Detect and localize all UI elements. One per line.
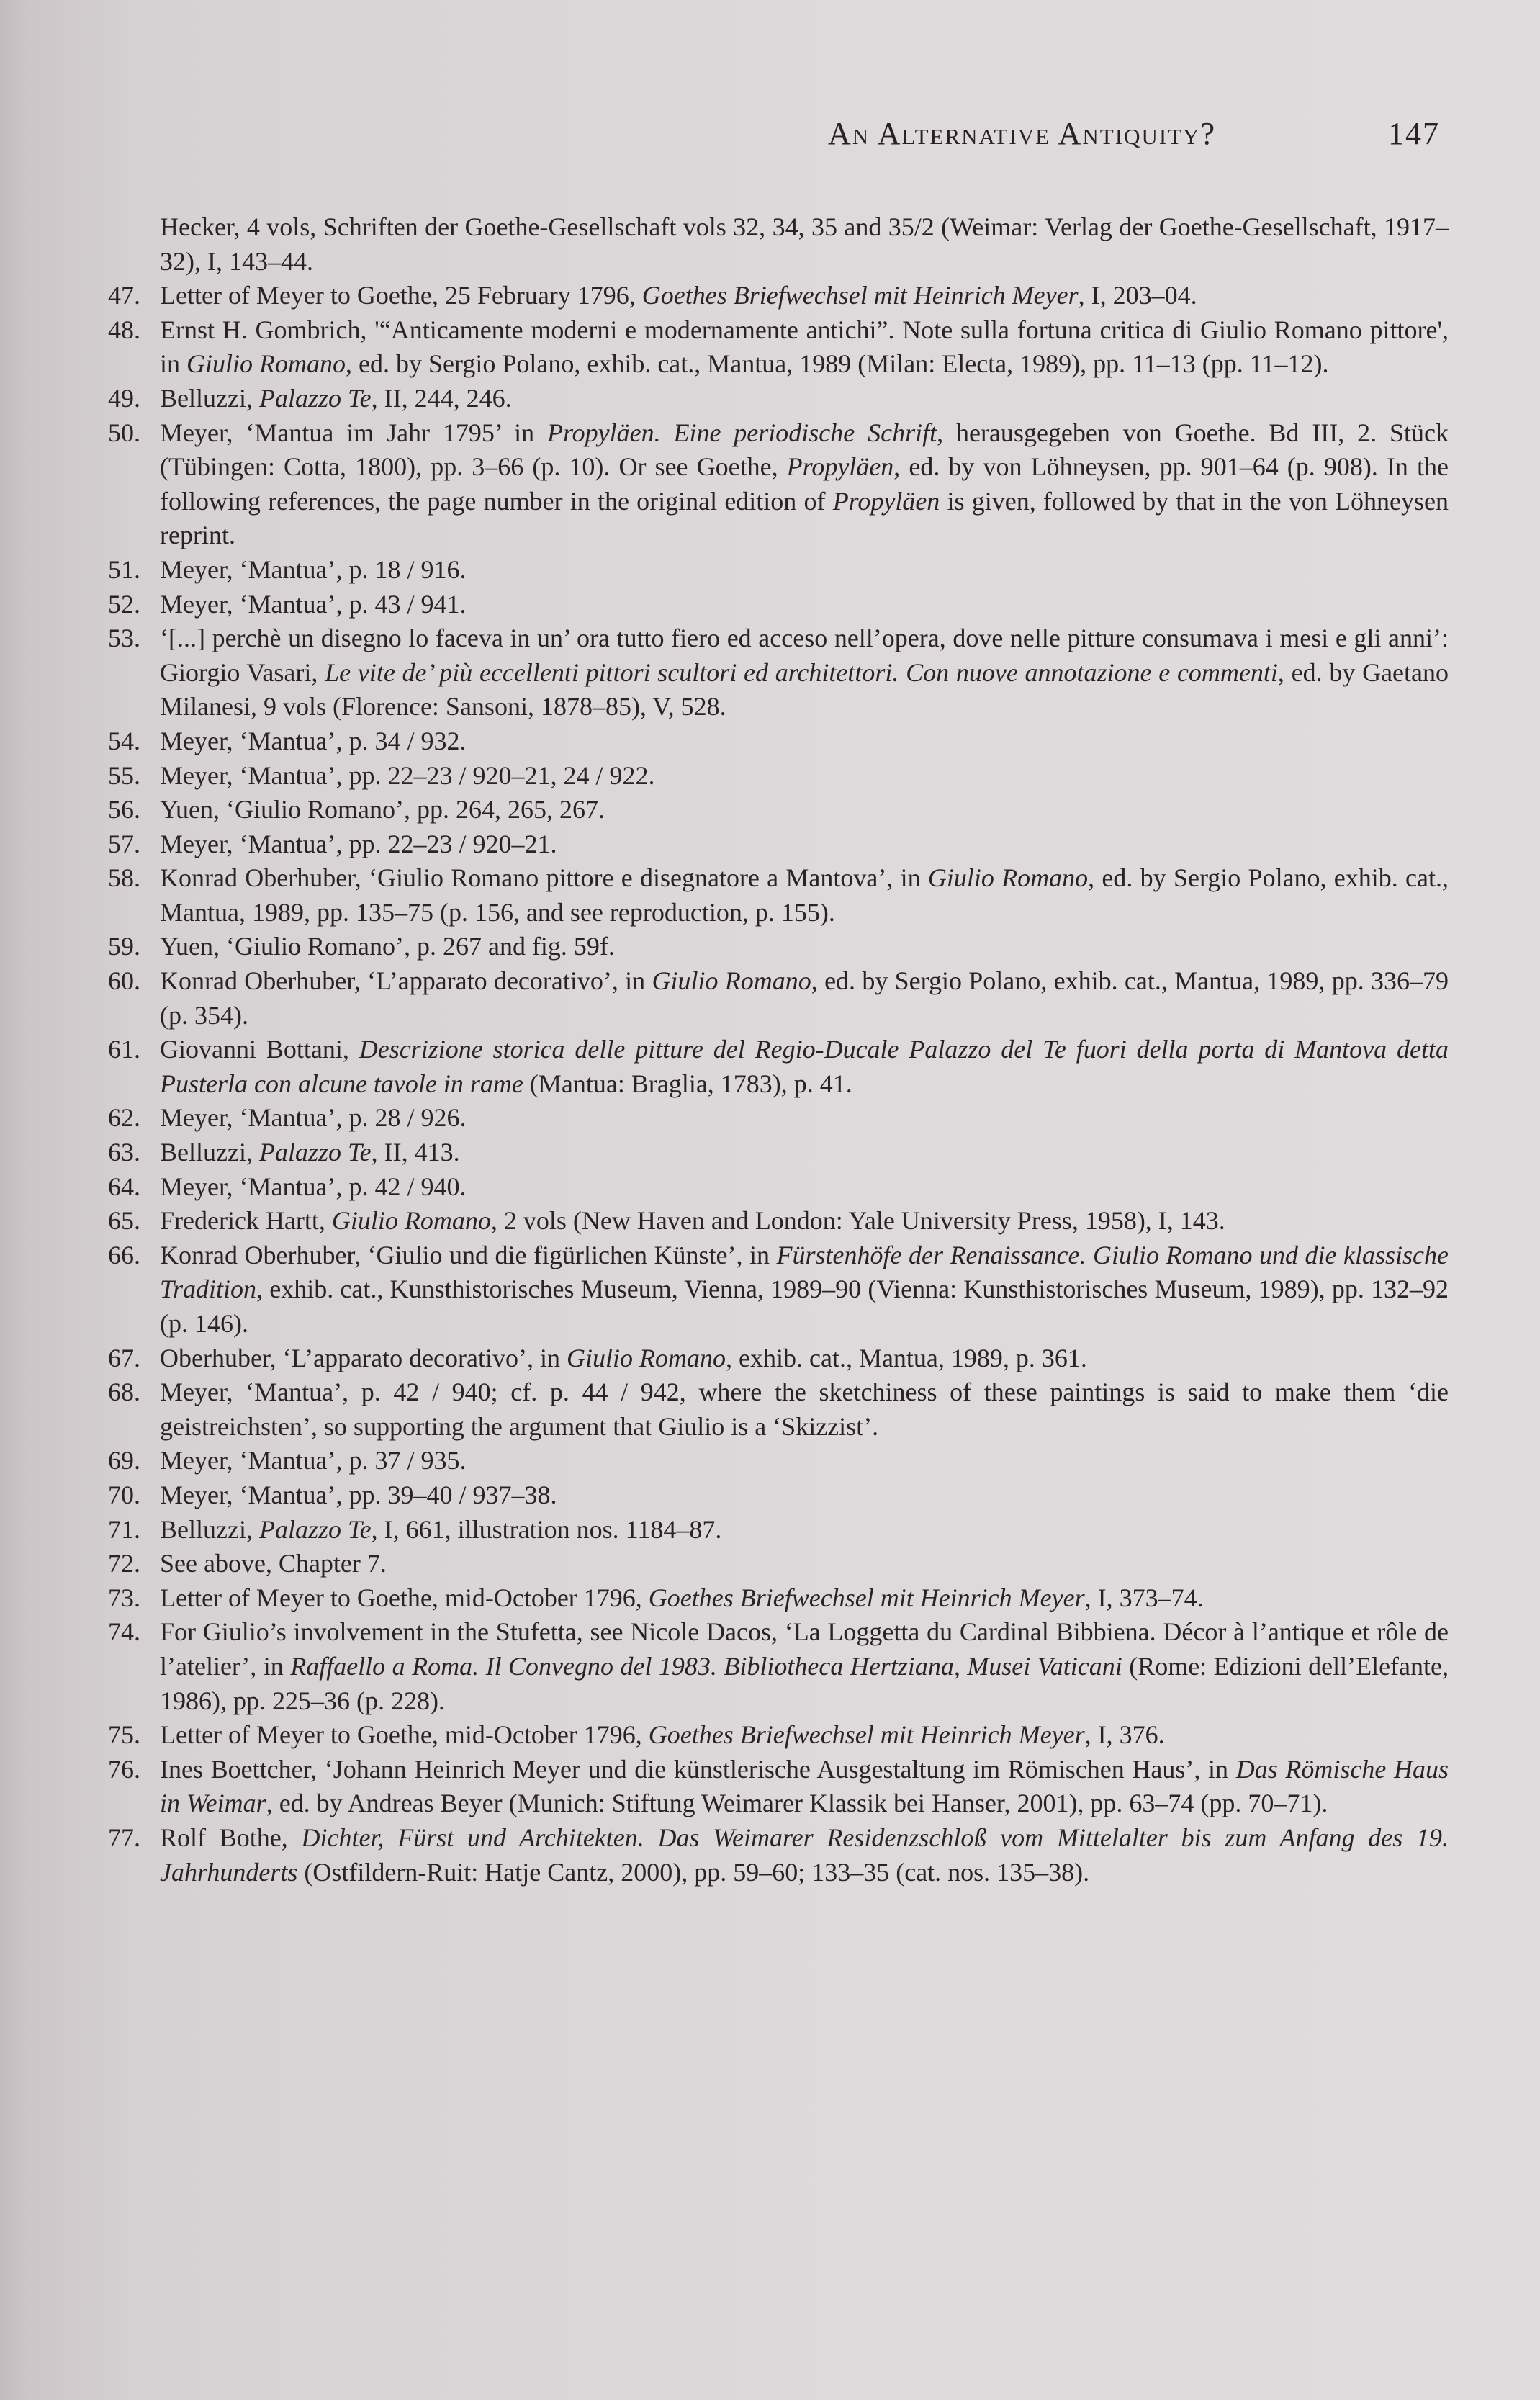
- endnote-number: 48.: [108, 313, 156, 348]
- endnote-51: 51. Meyer, ‘Mantua’, p. 18 / 916.: [108, 553, 1449, 588]
- text-segment: Meyer, ‘Mantua’, p. 42 / 940; cf. p. 44 …: [160, 1377, 1449, 1441]
- text-segment: See above, Chapter 7.: [160, 1549, 387, 1578]
- endnote-text: Konrad Oberhuber, ‘L’apparato decorativo…: [160, 966, 1449, 1030]
- text-segment: , exhib. cat., Mantua, 1989, p. 361.: [726, 1344, 1087, 1372]
- endnote-47: 47. Letter of Meyer to Goethe, 25 Februa…: [108, 279, 1449, 313]
- text-segment: Giovanni Bottani,: [160, 1035, 359, 1064]
- text-segment: Konrad Oberhuber, ‘Giulio und die figürl…: [160, 1241, 777, 1269]
- text-segment: Belluzzi,: [160, 1515, 259, 1544]
- text-segment: , 2 vols (New Haven and London: Yale Uni…: [491, 1206, 1225, 1235]
- endnote-text: Belluzzi, Palazzo Te, II, 244, 246.: [160, 384, 512, 413]
- endnote-number: 67.: [108, 1341, 156, 1376]
- endnote-text: Meyer, ‘Mantua’, p. 42 / 940; cf. p. 44 …: [160, 1377, 1449, 1441]
- endnote-76: 76. Ines Boettcher, ‘Johann Heinrich Mey…: [108, 1753, 1449, 1821]
- endnote-66: 66. Konrad Oberhuber, ‘Giulio und die fi…: [108, 1239, 1449, 1341]
- endnote-number: 52.: [108, 588, 156, 622]
- text-segment: Ines Boettcher, ‘Johann Heinrich Meyer u…: [160, 1755, 1236, 1784]
- endnote-text: For Giulio’s involvement in the Stufetta…: [160, 1617, 1449, 1714]
- endnote-number: 65.: [108, 1204, 156, 1239]
- text-segment: , exhib. cat., Kunsthistorisches Museum,…: [160, 1275, 1449, 1338]
- endnote-text: Meyer, ‘Mantua’, pp. 39–40 / 937–38.: [160, 1480, 557, 1509]
- endnote-text: Oberhuber, ‘L’apparato decorativo’, in G…: [160, 1344, 1087, 1372]
- text-segment: Meyer, ‘Mantua’, p. 42 / 940.: [160, 1172, 466, 1201]
- endnote-number: 75.: [108, 1718, 156, 1753]
- title-italic: Goethes Briefwechsel mit Heinrich Meyer: [649, 1583, 1085, 1612]
- endnote-text: Meyer, ‘Mantua’, p. 42 / 940.: [160, 1172, 466, 1201]
- endnote-number: 66.: [108, 1239, 156, 1273]
- endnote-54: 54. Meyer, ‘Mantua’, p. 34 / 932.: [108, 724, 1449, 759]
- endnote-text: Rolf Bothe, Dichter, Fürst und Architekt…: [160, 1823, 1449, 1887]
- endnote-69: 69. Meyer, ‘Mantua’, p. 37 / 935.: [108, 1444, 1449, 1478]
- endnote-number: 60.: [108, 964, 156, 999]
- endnote-text: Meyer, ‘Mantua’, p. 43 / 941.: [160, 590, 466, 619]
- endnote-56: 56. Yuen, ‘Giulio Romano’, pp. 264, 265,…: [108, 793, 1449, 827]
- endnote-text: Hecker, 4 vols, Schriften der Goethe-Ges…: [160, 212, 1449, 276]
- text-segment: Meyer, ‘Mantua’, p. 28 / 926.: [160, 1103, 466, 1132]
- endnote-continuation: Hecker, 4 vols, Schriften der Goethe-Ges…: [108, 210, 1449, 279]
- endnote-text: Ines Boettcher, ‘Johann Heinrich Meyer u…: [160, 1755, 1449, 1818]
- endnote-68: 68. Meyer, ‘Mantua’, p. 42 / 940; cf. p.…: [108, 1375, 1449, 1444]
- endnote-text: Letter of Meyer to Goethe, mid-October 1…: [160, 1583, 1204, 1612]
- text-segment: Meyer, ‘Mantua’, pp. 39–40 / 937–38.: [160, 1480, 557, 1509]
- endnote-text: Frederick Hartt, Giulio Romano, 2 vols (…: [160, 1206, 1225, 1235]
- text-segment: , ed. by Sergio Polano, exhib. cat., Man…: [346, 349, 1328, 378]
- endnote-62: 62. Meyer, ‘Mantua’, p. 28 / 926.: [108, 1101, 1449, 1136]
- endnote-number: 77.: [108, 1821, 156, 1856]
- endnote-text: Letter of Meyer to Goethe, mid-October 1…: [160, 1720, 1165, 1749]
- text-segment: Konrad Oberhuber, ‘Giulio Romano pittore…: [160, 863, 928, 892]
- title-italic: Palazzo Te: [259, 384, 372, 413]
- endnote-49: 49. Belluzzi, Palazzo Te, II, 244, 246.: [108, 382, 1449, 416]
- endnote-number: 58.: [108, 861, 156, 896]
- title-italic: Propyläen. Eine periodische Schrift: [547, 418, 937, 447]
- text-segment: , ed. by Andreas Beyer (Munich: Stiftung…: [266, 1789, 1328, 1817]
- text-segment: Letter of Meyer to Goethe, 25 February 1…: [160, 281, 642, 310]
- endnote-number: 62.: [108, 1101, 156, 1136]
- endnote-70: 70. Meyer, ‘Mantua’, pp. 39–40 / 937–38.: [108, 1478, 1449, 1513]
- endnote-number: 53.: [108, 621, 156, 656]
- text-segment: Meyer, ‘Mantua’, pp. 22–23 / 920–21, 24 …: [160, 761, 654, 790]
- endnote-64: 64. Meyer, ‘Mantua’, p. 42 / 940.: [108, 1170, 1449, 1205]
- endnote-text: Meyer, ‘Mantua im Jahr 1795’ in Propyläe…: [160, 418, 1449, 550]
- endnote-67: 67. Oberhuber, ‘L’apparato decorativo’, …: [108, 1341, 1449, 1376]
- endnote-71: 71. Belluzzi, Palazzo Te, I, 661, illust…: [108, 1513, 1449, 1547]
- endnote-59: 59. Yuen, ‘Giulio Romano’, p. 267 and fi…: [108, 930, 1449, 964]
- text-segment: Meyer, ‘Mantua im Jahr 1795’ in: [160, 418, 547, 447]
- title-italic: Propyläen: [787, 452, 894, 481]
- endnote-text: Konrad Oberhuber, ‘Giulio und die figürl…: [160, 1241, 1449, 1338]
- endnote-text: See above, Chapter 7.: [160, 1549, 387, 1578]
- endnote-60: 60. Konrad Oberhuber, ‘L’apparato decora…: [108, 964, 1449, 1033]
- text-segment: , I, 373–74.: [1085, 1583, 1204, 1612]
- endnote-number: 61.: [108, 1033, 156, 1067]
- text-segment: Yuen, ‘Giulio Romano’, p. 267 and fig. 5…: [160, 932, 615, 961]
- endnote-text: Belluzzi, Palazzo Te, I, 661, illustrati…: [160, 1515, 721, 1544]
- endnote-text: Meyer, ‘Mantua’, p. 28 / 926.: [160, 1103, 466, 1132]
- endnote-73: 73. Letter of Meyer to Goethe, mid-Octob…: [108, 1581, 1449, 1616]
- endnote-number: 57.: [108, 827, 156, 862]
- endnote-text: Belluzzi, Palazzo Te, II, 413.: [160, 1138, 460, 1167]
- endnote-63: 63. Belluzzi, Palazzo Te, II, 413.: [108, 1136, 1449, 1170]
- endnote-number: 72.: [108, 1547, 156, 1581]
- text-segment: (Ostfildern-Ruit: Hatje Cantz, 2000), pp…: [297, 1858, 1089, 1887]
- running-head-title: An Alternative Antiquity?: [828, 115, 1216, 152]
- endnote-65: 65. Frederick Hartt, Giulio Romano, 2 vo…: [108, 1204, 1449, 1239]
- text-segment: Belluzzi,: [160, 384, 259, 413]
- endnote-number: 50.: [108, 416, 156, 451]
- endnote-text: Ernst H. Gombrich, '“Anticamente moderni…: [160, 315, 1449, 379]
- title-italic: Giulio Romano: [567, 1344, 726, 1372]
- endnote-number: 54.: [108, 724, 156, 759]
- endnote-number: 47.: [108, 279, 156, 313]
- running-head: An Alternative Antiquity? 147: [821, 108, 1447, 158]
- endnote-50: 50. Meyer, ‘Mantua im Jahr 1795’ in Prop…: [108, 416, 1449, 553]
- endnote-72: 72. See above, Chapter 7.: [108, 1547, 1449, 1581]
- text-segment: Meyer, ‘Mantua’, p. 37 / 935.: [160, 1446, 466, 1475]
- endnote-58: 58. Konrad Oberhuber, ‘Giulio Romano pit…: [108, 861, 1449, 930]
- endnotes-list: Hecker, 4 vols, Schriften der Goethe-Ges…: [108, 210, 1449, 1889]
- endnote-text: Meyer, ‘Mantua’, pp. 22–23 / 920–21.: [160, 830, 557, 858]
- endnote-text: ‘[...] perchè un disegno lo faceva in un…: [160, 624, 1449, 721]
- endnote-number: 76.: [108, 1753, 156, 1787]
- endnote-number: 64.: [108, 1170, 156, 1205]
- endnote-74: 74. For Giulio’s involvement in the Stuf…: [108, 1615, 1449, 1718]
- endnote-text: Giovanni Bottani, Descrizione storica de…: [160, 1035, 1449, 1098]
- text-segment: , I, 661, illustration nos. 1184–87.: [372, 1515, 722, 1544]
- endnote-text: Meyer, ‘Mantua’, p. 34 / 932.: [160, 727, 466, 755]
- text-segment: Konrad Oberhuber, ‘L’apparato decorativo…: [160, 966, 652, 995]
- title-italic: Goethes Briefwechsel mit Heinrich Meyer: [649, 1720, 1085, 1749]
- text-segment: Meyer, ‘Mantua’, pp. 22–23 / 920–21.: [160, 830, 557, 858]
- title-italic: Giulio Romano: [928, 863, 1088, 892]
- text-segment: Belluzzi,: [160, 1138, 259, 1167]
- title-italic: Le vite de’ più eccellenti pittori scult…: [325, 658, 1278, 687]
- page-number: 147: [1388, 115, 1440, 152]
- title-italic: Giulio Romano: [652, 966, 811, 995]
- text-segment: Yuen, ‘Giulio Romano’, pp. 264, 265, 267…: [160, 795, 605, 824]
- title-italic: Raffaello a Roma. Il Convegno del 1983. …: [290, 1652, 1122, 1681]
- endnote-number: 51.: [108, 553, 156, 588]
- text-segment: (Mantua: Braglia, 1783), p. 41.: [523, 1069, 852, 1098]
- text-segment: Rolf Bothe,: [160, 1823, 302, 1852]
- title-italic: Giulio Romano: [332, 1206, 491, 1235]
- text-segment: , II, 413.: [372, 1138, 460, 1167]
- endnote-text: Meyer, ‘Mantua’, p. 18 / 916.: [160, 555, 466, 584]
- title-italic: Propyläen: [833, 487, 940, 516]
- endnote-57: 57. Meyer, ‘Mantua’, pp. 22–23 / 920–21.: [108, 827, 1449, 862]
- endnote-number: 68.: [108, 1375, 156, 1410]
- endnote-number: 63.: [108, 1136, 156, 1170]
- text-segment: , I, 203–04.: [1079, 281, 1197, 310]
- endnote-77: 77. Rolf Bothe, Dichter, Fürst und Archi…: [108, 1821, 1449, 1889]
- endnote-text: Meyer, ‘Mantua’, p. 37 / 935.: [160, 1446, 466, 1475]
- title-italic: Giulio Romano: [186, 349, 346, 378]
- endnote-75: 75. Letter of Meyer to Goethe, mid-Octob…: [108, 1718, 1449, 1753]
- endnote-number: 59.: [108, 930, 156, 964]
- endnote-number: 69.: [108, 1444, 156, 1478]
- text-segment: , II, 244, 246.: [372, 384, 512, 413]
- endnote-52: 52. Meyer, ‘Mantua’, p. 43 / 941.: [108, 588, 1449, 622]
- text-segment: Meyer, ‘Mantua’, p. 18 / 916.: [160, 555, 466, 584]
- text-segment: Frederick Hartt,: [160, 1206, 332, 1235]
- endnote-53: 53. ‘[...] perchè un disegno lo faceva i…: [108, 621, 1449, 724]
- text-segment: Letter of Meyer to Goethe, mid-October 1…: [160, 1583, 649, 1612]
- text-segment: Meyer, ‘Mantua’, p. 34 / 932.: [160, 727, 466, 755]
- text-segment: Letter of Meyer to Goethe, mid-October 1…: [160, 1720, 649, 1749]
- text-segment: Oberhuber, ‘L’apparato decorativo’, in: [160, 1344, 567, 1372]
- text-segment: , I, 376.: [1085, 1720, 1165, 1749]
- endnote-55: 55. Meyer, ‘Mantua’, pp. 22–23 / 920–21,…: [108, 759, 1449, 794]
- endnote-number: 71.: [108, 1513, 156, 1547]
- title-italic: Palazzo Te: [259, 1515, 372, 1544]
- endnote-number: 73.: [108, 1581, 156, 1616]
- endnote-text: Yuen, ‘Giulio Romano’, pp. 264, 265, 267…: [160, 795, 605, 824]
- endnote-48: 48. Ernst H. Gombrich, '“Anticamente mod…: [108, 313, 1449, 382]
- endnote-number: 74.: [108, 1615, 156, 1650]
- text-segment: Hecker, 4 vols, Schriften der Goethe-Ges…: [160, 212, 1449, 276]
- endnote-text: Letter of Meyer to Goethe, 25 February 1…: [160, 281, 1197, 310]
- title-italic: Palazzo Te: [259, 1138, 372, 1167]
- text-segment: Meyer, ‘Mantua’, p. 43 / 941.: [160, 590, 466, 619]
- endnote-number: 70.: [108, 1478, 156, 1513]
- endnote-number: 56.: [108, 793, 156, 827]
- endnote-number: 55.: [108, 759, 156, 794]
- endnote-text: Konrad Oberhuber, ‘Giulio Romano pittore…: [160, 863, 1449, 927]
- title-italic: Goethes Briefwechsel mit Heinrich Meyer: [642, 281, 1079, 310]
- endnote-text: Yuen, ‘Giulio Romano’, p. 267 and fig. 5…: [160, 932, 615, 961]
- endnote-text: Meyer, ‘Mantua’, pp. 22–23 / 920–21, 24 …: [160, 761, 654, 790]
- endnote-61: 61. Giovanni Bottani, Descrizione storic…: [108, 1033, 1449, 1101]
- endnote-number: 49.: [108, 382, 156, 416]
